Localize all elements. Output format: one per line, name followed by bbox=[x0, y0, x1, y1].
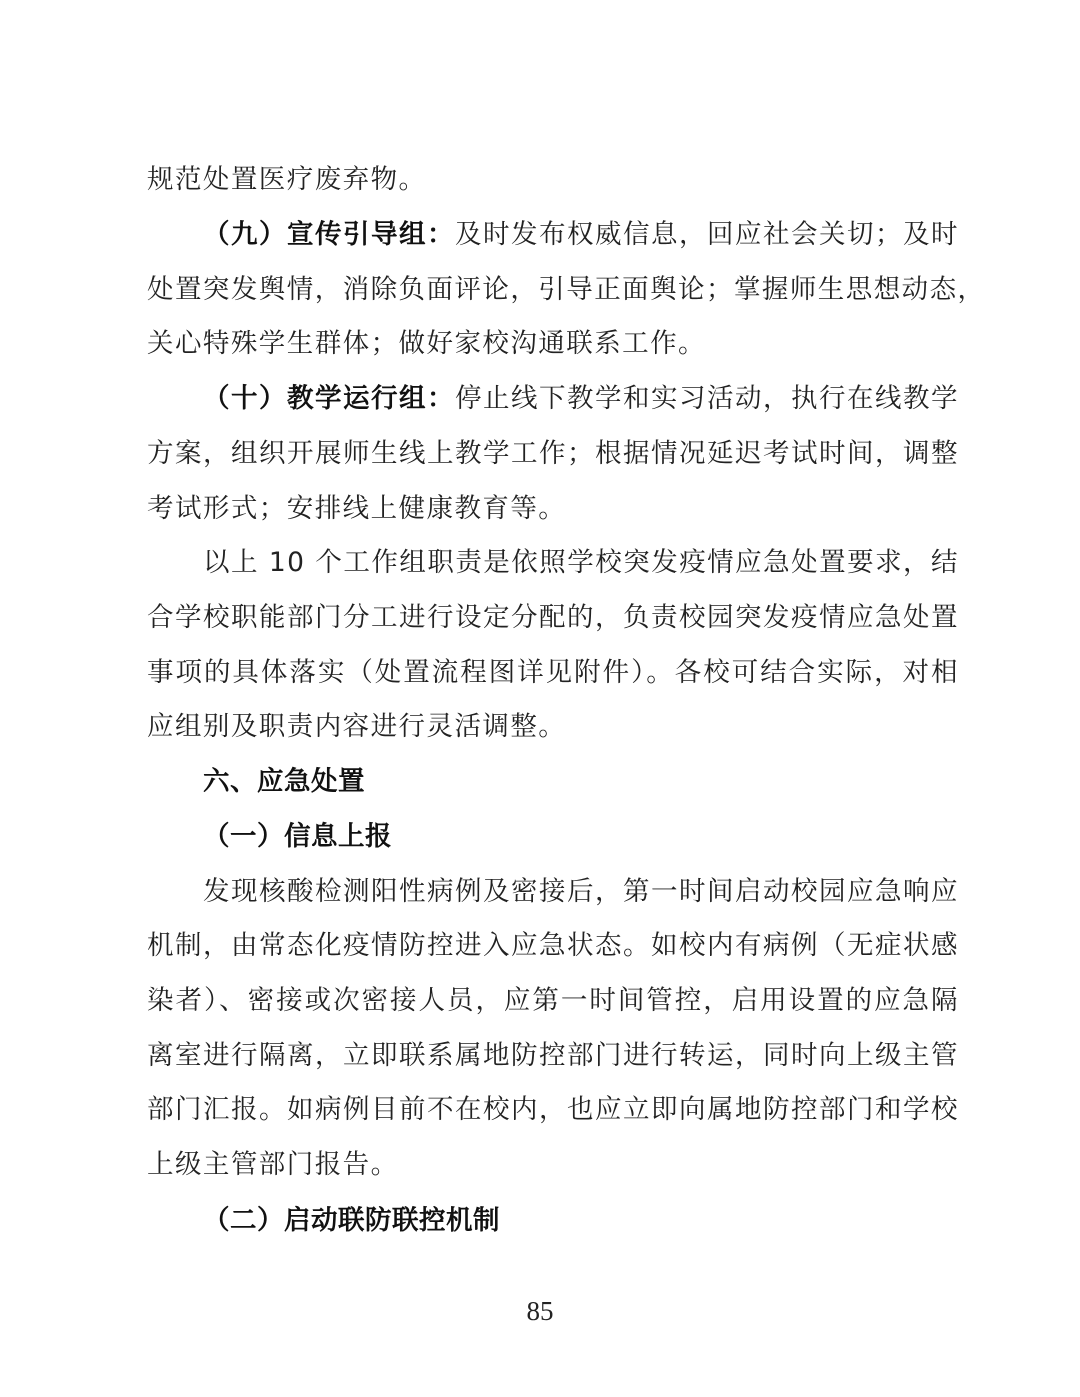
paragraph-line: 机制，由常态化疫情防控进入应急状态。如校内有病例（无症状感 bbox=[147, 926, 959, 966]
subsection-heading: （二）启动联防联控机制 bbox=[203, 1201, 959, 1241]
paragraph-line: 发现核酸检测阳性病例及密接后，第一时间启动校园应急响应 bbox=[203, 872, 959, 912]
paragraph-line: 应组别及职责内容进行灵活调整。 bbox=[147, 707, 959, 747]
paragraph-line: 部门汇报。如病例目前不在校内，也应立即向属地防控部门和学校 bbox=[147, 1090, 959, 1130]
paragraph-line: 处置突发舆情，消除负面评论，引导正面舆论；掌握师生思想动态， bbox=[147, 270, 959, 310]
paragraph-line: 合学校职能部门分工进行设定分配的，负责校园突发疫情应急处置 bbox=[147, 598, 959, 638]
group-title-publicity: （九）宣传引导组： bbox=[203, 219, 455, 250]
body-text: 发现核酸检测阳性病例及密接后，第一时间启动校园应急响应 bbox=[203, 876, 959, 907]
paragraph-line: 染者）、密接或次密接人员，应第一时间管控，启用设置的应急隔 bbox=[147, 981, 959, 1021]
page-number: 85 bbox=[0, 1296, 1080, 1327]
document-page: 规范处置医疗废弃物。 （九）宣传引导组：及时发布权威信息，回应社会关切；及时 处… bbox=[0, 0, 1080, 1397]
paragraph-line: 离室进行隔离，立即联系属地防控部门进行转运，同时向上级主管 bbox=[147, 1036, 959, 1076]
paragraph-line: 以上 10 个工作组职责是依照学校突发疫情应急处置要求，结 bbox=[203, 543, 959, 583]
body-text: 染者）、密接或次密接人员，应第一时间管控，启用设置的应急隔 bbox=[147, 985, 959, 1016]
paragraph-line: 规范处置医疗废弃物。 bbox=[147, 160, 959, 200]
subsection-heading-text: （二）启动联防联控机制 bbox=[203, 1205, 500, 1236]
body-text: 停止线下教学和实习活动，执行在线教学 bbox=[455, 383, 959, 414]
body-text: 合学校职能部门分工进行设定分配的，负责校园突发疫情应急处置 bbox=[147, 602, 959, 633]
body-text: 离室进行隔离，立即联系属地防控部门进行转运，同时向上级主管 bbox=[147, 1040, 959, 1071]
paragraph-line: 方案，组织开展师生线上教学工作；根据情况延迟考试时间，调整 bbox=[147, 434, 959, 474]
body-text: 机制，由常态化疫情防控进入应急状态。如校内有病例（无症状感 bbox=[147, 930, 959, 961]
body-text: 部门汇报。如病例目前不在校内，也应立即向属地防控部门和学校 bbox=[147, 1094, 959, 1125]
paragraph-line: 关心特殊学生群体；做好家校沟通联系工作。 bbox=[147, 324, 959, 364]
paragraph-line: 上级主管部门报告。 bbox=[147, 1145, 959, 1185]
subsection-heading-text: （一）信息上报 bbox=[203, 821, 392, 852]
group-title-teaching: （十）教学运行组： bbox=[203, 383, 455, 414]
paragraph-line: 考试形式；安排线上健康教育等。 bbox=[147, 489, 959, 529]
paragraph-line: （九）宣传引导组：及时发布权威信息，回应社会关切；及时 bbox=[203, 215, 959, 255]
section-heading-text: 六、应急处置 bbox=[203, 766, 365, 797]
body-text: 关心特殊学生群体；做好家校沟通联系工作。 bbox=[147, 328, 706, 359]
body-text: 事项的具体落实（处置流程图详见附件）。各校可结合实际，对相 bbox=[147, 657, 959, 688]
body-text: 规范处置医疗废弃物。 bbox=[147, 164, 427, 195]
paragraph-line: 事项的具体落实（处置流程图详见附件）。各校可结合实际，对相 bbox=[147, 653, 959, 693]
subsection-heading: （一）信息上报 bbox=[203, 817, 959, 857]
paragraph-line: （十）教学运行组：停止线下教学和实习活动，执行在线教学 bbox=[203, 379, 959, 419]
body-text: 方案，组织开展师生线上教学工作；根据情况延迟考试时间，调整 bbox=[147, 438, 959, 469]
body-text: 及时发布权威信息，回应社会关切；及时 bbox=[455, 219, 959, 250]
body-text: 考试形式；安排线上健康教育等。 bbox=[147, 493, 566, 524]
body-text: 上级主管部门报告。 bbox=[147, 1149, 399, 1180]
body-text: 以上 10 个工作组职责是依照学校突发疫情应急处置要求，结 bbox=[203, 547, 959, 578]
body-text: 应组别及职责内容进行灵活调整。 bbox=[147, 711, 566, 742]
body-text: 处置突发舆情，消除负面评论，引导正面舆论；掌握师生思想动态， bbox=[147, 274, 986, 305]
section-heading: 六、应急处置 bbox=[203, 762, 959, 802]
